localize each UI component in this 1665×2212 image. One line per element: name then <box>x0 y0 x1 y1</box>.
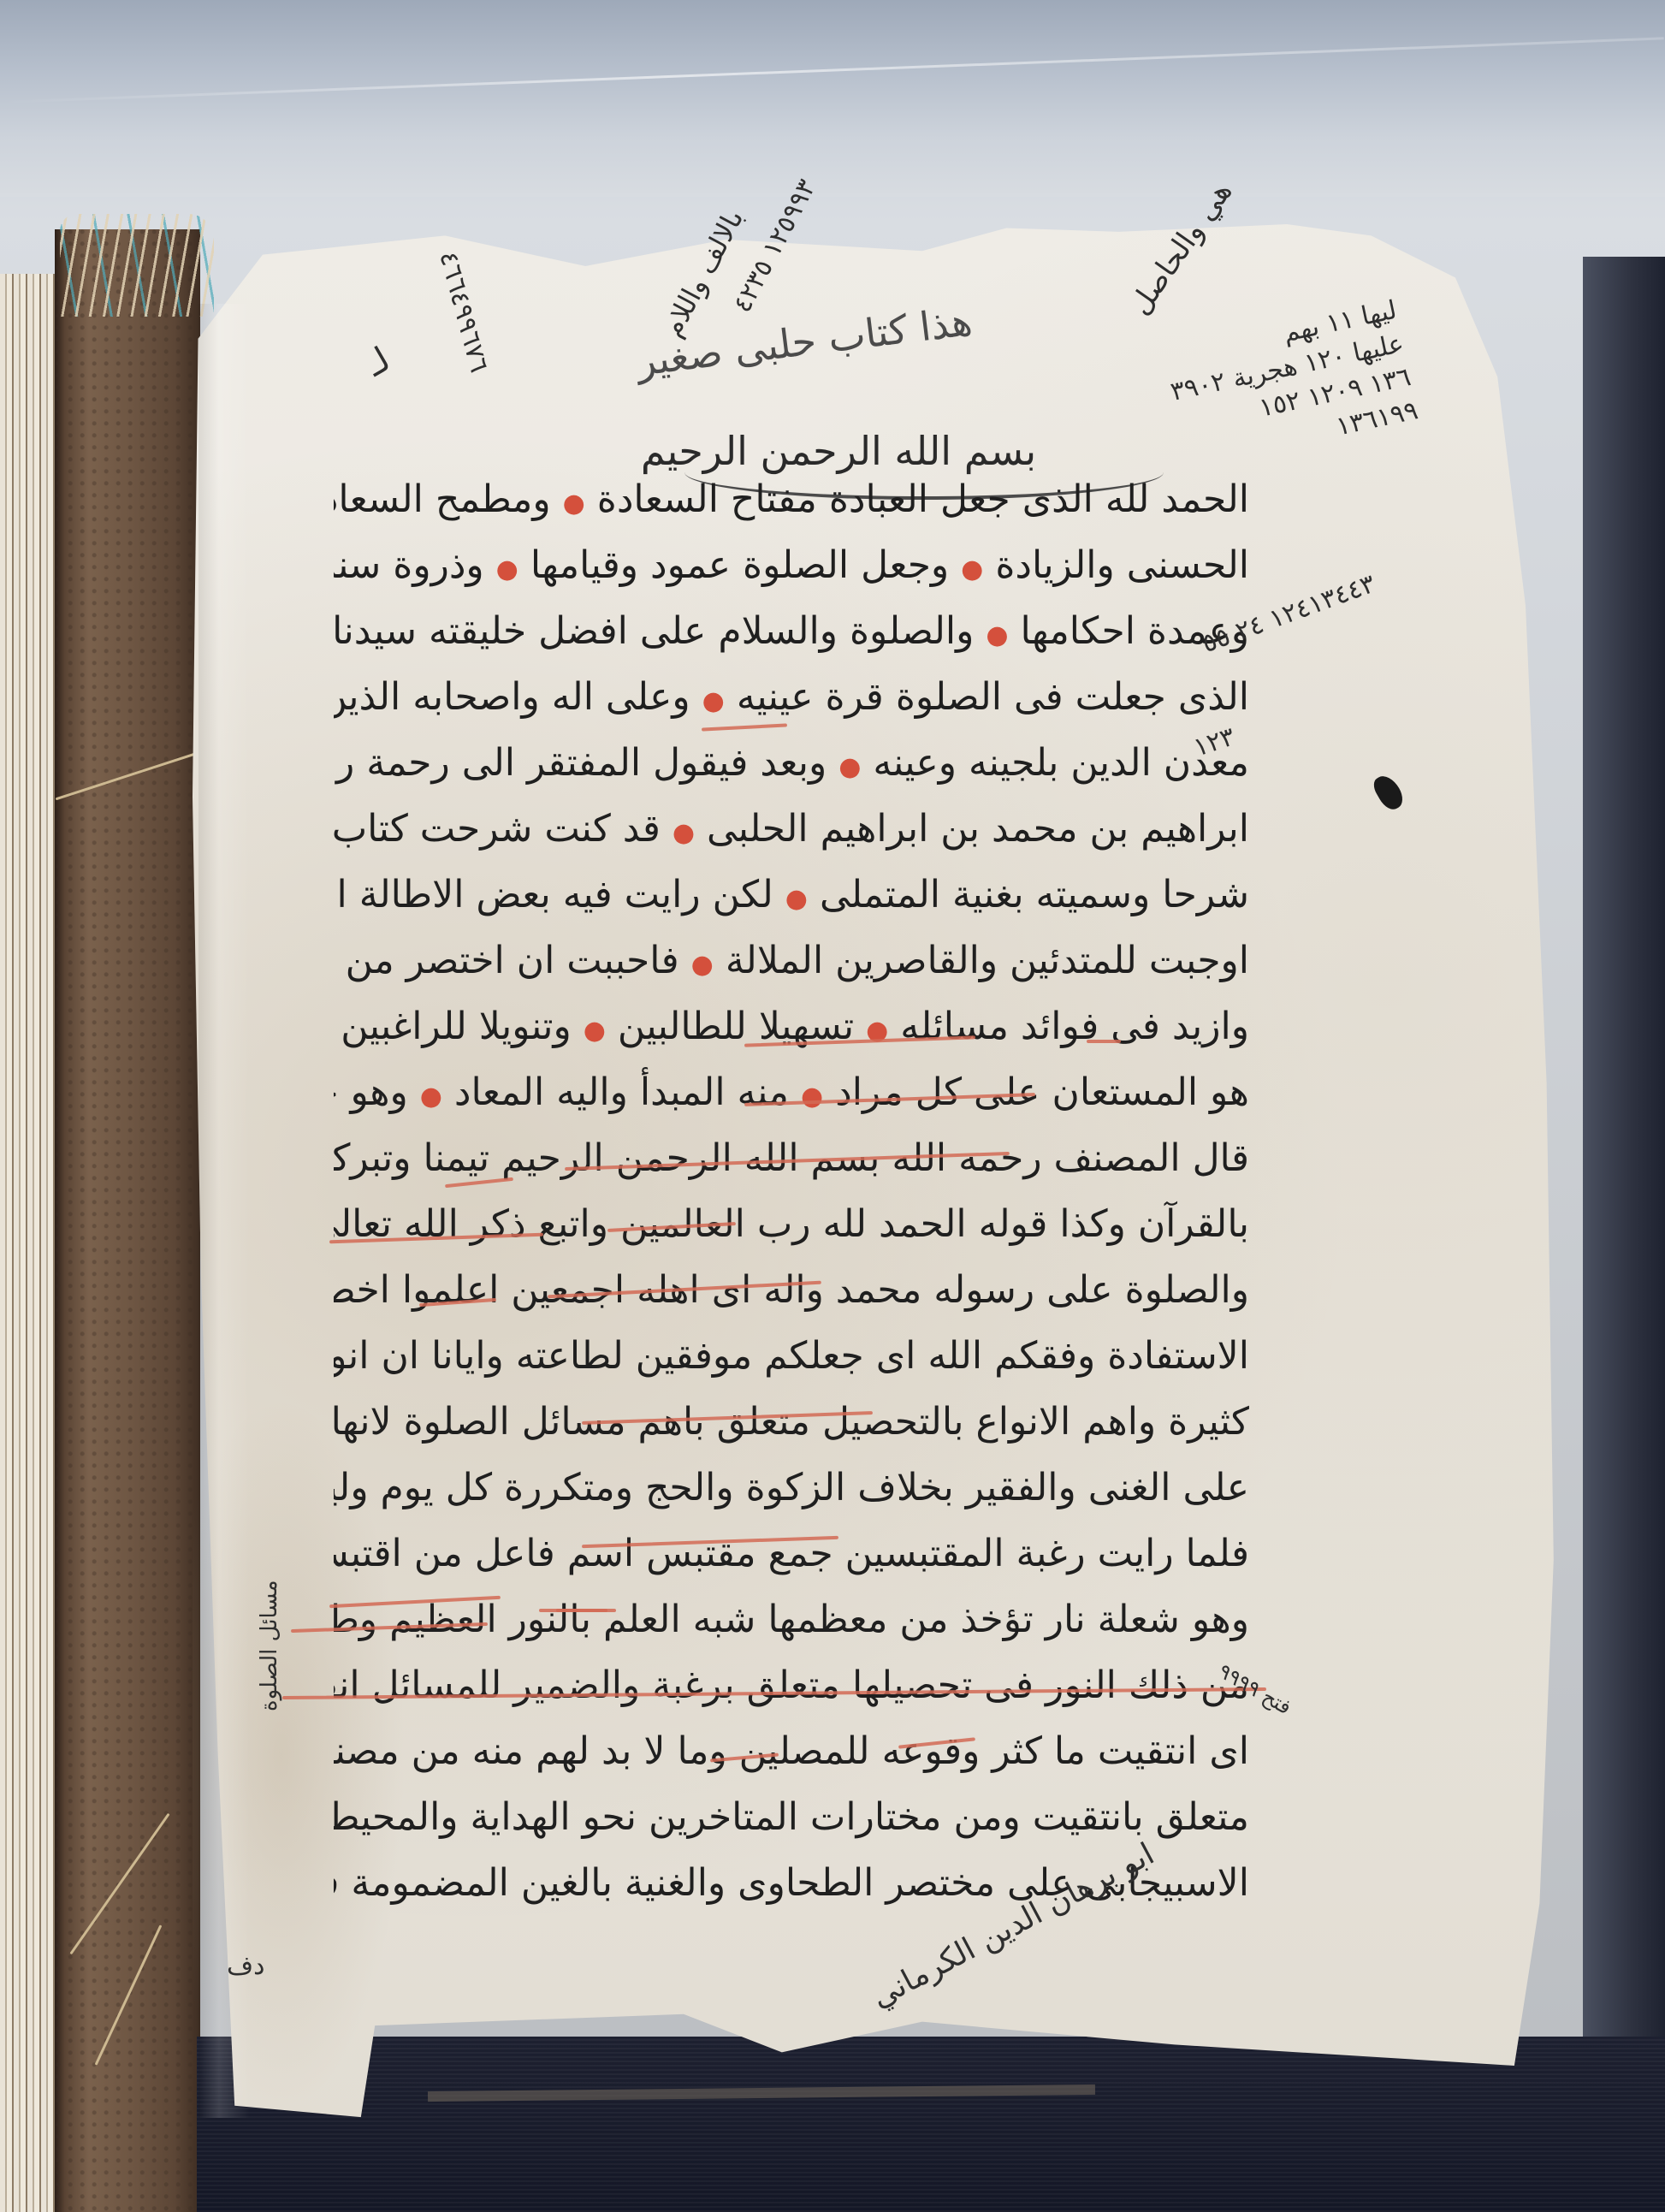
text-line: الحمد لله الذى جعل العبادة مفتاح السعادة… <box>334 466 1249 532</box>
text-line: ابراهيم بن محمد بن ابراهيم الحلبى ● قد ك… <box>334 796 1249 862</box>
text-line: وعمدة احكامها ● والصلوة والسلام على افضل… <box>334 598 1249 664</box>
margin-note-left-vertical: مسائل الصلوة <box>257 1580 282 1711</box>
text-line: وازيد فى فوائد مسائله ● تسهيلا للطالبين … <box>334 993 1249 1059</box>
text-line: بالقرآن وكذا قوله الحمد لله رب العالمين … <box>334 1191 1249 1257</box>
text-line: كثيرة واهم الانواع بالتحصيل متعلق باهم م… <box>334 1389 1249 1455</box>
leaf-gutter-shadow <box>198 304 250 2118</box>
text-line: متعلق بانتقيت ومن مختارات المتاخرين نحو … <box>334 1784 1249 1850</box>
text-line: اوجبت للمتدئين والقاصرين الملالة ● فاحبب… <box>334 928 1249 993</box>
book-spine-cloth <box>55 229 200 2212</box>
text-line: شرحا وسميته بغنية المتملى ● لكن رايت فيه… <box>334 862 1249 928</box>
text-line: من ذلك النور فى تحصيلها متعلق برغبة والض… <box>334 1652 1249 1718</box>
text-line: والصلوة على رسوله محمد واله اى اهله اجمع… <box>334 1257 1249 1323</box>
manuscript-body: الحمد لله الذى جعل العبادة مفتاح السعادة… <box>334 466 1249 1916</box>
text-line: فلما رايت رغبة المقتبسين جمع مقتبس اسم ف… <box>334 1521 1249 1586</box>
spine-frayed-threads <box>60 214 214 317</box>
rubric-underline <box>1087 1040 1121 1043</box>
text-line: الاستفادة وفقكم الله اى جعلكم موفقين لطا… <box>334 1323 1249 1389</box>
book-board-bottom <box>197 2037 1665 2212</box>
rubric-underline <box>556 1609 616 1612</box>
text-line: على الغنى والفقير بخلاف الزكوة والحج ومت… <box>334 1455 1249 1521</box>
page-stack-edges <box>0 274 60 2212</box>
text-line: اى انتقيت ما كثر وقوعه للمصلين وما لا بد… <box>334 1718 1249 1784</box>
glass-reflection <box>0 0 1665 197</box>
book-board-right <box>1583 257 1665 2212</box>
text-line: معدن الدين بلجينه وعينه ● وبعد فيقول الم… <box>334 730 1249 796</box>
text-line: الذى جعلت فى الصلوة قرة عينيه ● وعلى اله… <box>334 664 1249 730</box>
text-line: هو المستعان على كل مراد ● منه المبدأ وال… <box>334 1059 1249 1125</box>
margin-note-bottom-left: دف <box>227 1951 264 1981</box>
text-line: الحسنى والزيادة ● وجعل الصلوة عمود وقيام… <box>334 532 1249 598</box>
